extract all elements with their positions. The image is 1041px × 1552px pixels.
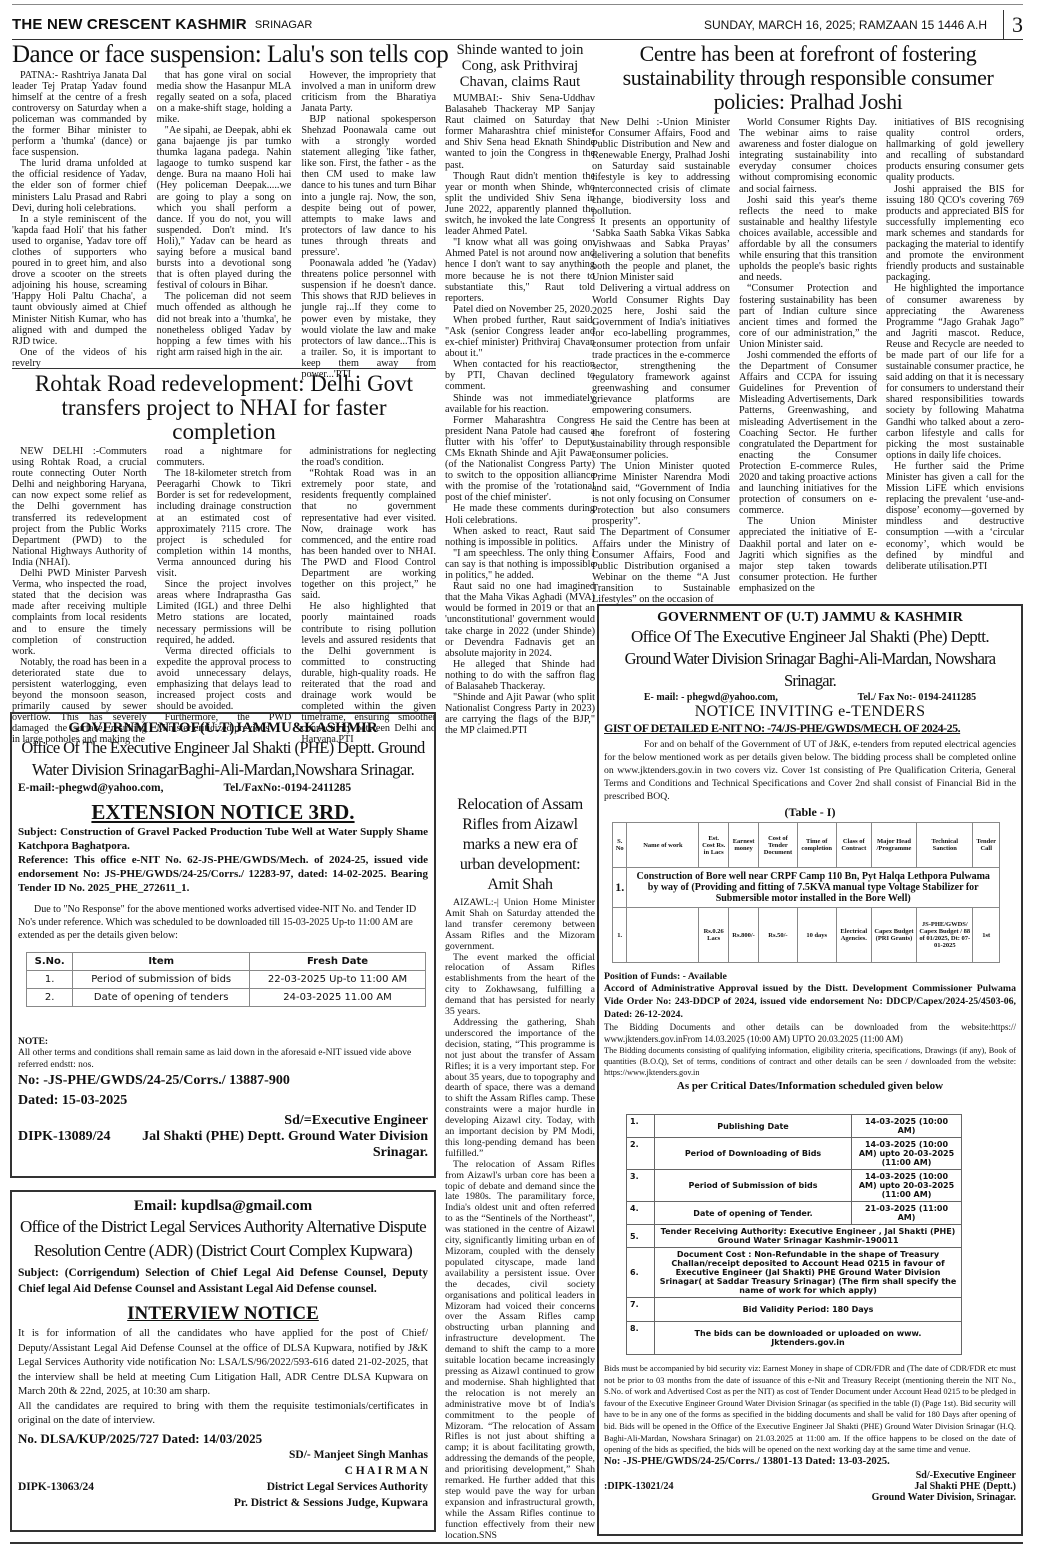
paragraph: Verma directed officials to expedite the… bbox=[157, 646, 292, 713]
paragraph: "Shinde and Ajit Pawar (who split Nation… bbox=[445, 692, 595, 736]
cell: 6. bbox=[627, 1248, 655, 1298]
paragraph: When contacted for his reaction by PTI, … bbox=[445, 359, 595, 392]
table-row: 8.The bids can be downloaded or uploaded… bbox=[627, 1322, 962, 1355]
headline: Centre has been at forefront of fosterin… bbox=[592, 42, 1024, 114]
ad-intro: For and on behalf of the Government of U… bbox=[604, 738, 1016, 803]
paragraph: When asked to react, Raut said nothing i… bbox=[445, 526, 595, 548]
column-3: However, the impropriety that involved a… bbox=[301, 70, 436, 381]
col-header: Class of Contract bbox=[836, 823, 871, 868]
column-2: that has gone viral on social media show… bbox=[157, 70, 292, 381]
ad-title: EXTENSION NOTICE 3RD. bbox=[18, 800, 428, 825]
paragraph: He further said the Prime Minister has g… bbox=[886, 461, 1024, 572]
ad-reference: Reference: This office e-NIT No. 62-JS-P… bbox=[18, 853, 428, 895]
table-row: 2. Date of opening of tenders 24-03-2025… bbox=[27, 989, 426, 1007]
paragraph: He alleged that Shinde had nothing to do… bbox=[445, 659, 595, 692]
ad-office: Office of the District Legal Services Au… bbox=[18, 1215, 428, 1263]
cell: 3. bbox=[627, 1170, 655, 1202]
paragraph: It presents an opportunity of ‘Sabka Saa… bbox=[592, 217, 730, 284]
paragraph: The Union Minister appreciated the initi… bbox=[739, 516, 877, 594]
paragraph: Joshi commended the efforts of the Depar… bbox=[739, 350, 877, 516]
headline: Dance or face suspension: Lalu's son tel… bbox=[12, 42, 436, 68]
article-body: AIZAWL:-| Union Home Minister Amit Shah … bbox=[445, 898, 595, 1541]
headline: Rohtak Road redevelopment: Delhi Govt tr… bbox=[12, 372, 436, 444]
ad-sign-dept: Jal Shakti (PHE) Deptt. Ground Water Div… bbox=[142, 1129, 428, 1145]
ad-sign-title: C H A I R M A N bbox=[18, 1463, 428, 1479]
ad-sign: Sd/-Executive Engineer bbox=[604, 1470, 1016, 1481]
paragraph: “Rohtak Road was in an extremely poor st… bbox=[301, 468, 436, 601]
col-header: Technical Sanction bbox=[917, 823, 973, 868]
paragraph: The Department of Consumer Affairs under… bbox=[592, 527, 730, 605]
cell: The bids can be downloaded or uploaded o… bbox=[655, 1322, 962, 1355]
ad-body: Due to "No Response" for the above menti… bbox=[18, 903, 428, 942]
cell: Rs.800/- bbox=[728, 908, 758, 963]
note-label: NOTE: bbox=[18, 1037, 428, 1047]
paragraph: Joshi said this year's theme reflects th… bbox=[739, 195, 877, 284]
cell: 2. bbox=[27, 989, 73, 1007]
table-row: 7.Bid Validity Period: 180 Days bbox=[627, 1298, 962, 1322]
article-assam: Relocation of Assam Rifles from Aizawl m… bbox=[445, 795, 595, 1541]
ad-sign-row: :DIPK-13021/24 Jal Shakti PHE (Deptt.) bbox=[604, 1481, 1016, 1492]
paragraph: NEW DELHI :-Commuters using Rohtak Road,… bbox=[12, 446, 147, 568]
paragraph: Former Maharashtra Congress president Na… bbox=[445, 415, 595, 504]
cell: Period of Submission of bids bbox=[655, 1170, 852, 1202]
headline: Shinde wanted to join Cong, ask Prithvir… bbox=[445, 42, 595, 90]
cell: Period of Downloading of Bids bbox=[655, 1138, 852, 1170]
column-3: initiatives of BIS recognising quality c… bbox=[886, 117, 1024, 605]
cell: 14-03-2025 (10:00 AM) bbox=[852, 1115, 962, 1138]
work-name: Construction of Bore well near CRPF Camp… bbox=[627, 868, 1000, 908]
ad-sign-division: Ground Water Division, Srinagar. bbox=[604, 1492, 1016, 1503]
cell: 5. bbox=[627, 1225, 655, 1248]
table-title: (Table - I) bbox=[604, 805, 1016, 820]
col-header: Earnest money bbox=[728, 823, 758, 868]
paragraph: Joshi appraised the BIS for issuing 180 … bbox=[886, 184, 1024, 284]
ad-sign-row: DIPK-13089/24 Jal Shakti (PHE) Deptt. Gr… bbox=[18, 1129, 428, 1145]
column-2: road a nightmare for commuters. The 18-k… bbox=[157, 446, 292, 746]
table-row: 1. Construction of Bore well near CRPF C… bbox=[613, 868, 1000, 908]
paragraph: Poonawala added 'he (Yadav) threatens po… bbox=[301, 258, 436, 380]
page-number: 3 bbox=[1003, 10, 1023, 40]
ad-tel: Tel./FaxNo:-0194-2411285 bbox=[224, 782, 352, 794]
table-row: 4.Date of opening of Tender.21-03-2025 (… bbox=[627, 1202, 962, 1225]
column-1: NEW DELHI :-Commuters using Rohtak Road,… bbox=[12, 446, 147, 746]
paragraph: administrations for neglecting the road'… bbox=[301, 446, 436, 468]
paragraph: initiatives of BIS recognising quality c… bbox=[886, 117, 1024, 184]
table-row: 1.Publishing Date14-03-2025 (10:00 AM) bbox=[627, 1115, 962, 1138]
ad-number: No: -JS-PHE/GWDS/24-25/Corrs./ 13887-900 bbox=[18, 1073, 428, 1089]
headline: Relocation of Assam Rifles from Aizawl m… bbox=[445, 795, 595, 895]
ad-email: Email: kupdlsa@gmail.com bbox=[18, 1198, 428, 1215]
newspaper-city: SRINAGAR bbox=[255, 19, 312, 31]
cell: Electrical Agencies. bbox=[836, 908, 871, 963]
extension-table: S.No. Item Fresh Date 1. Period of submi… bbox=[26, 952, 426, 1007]
col-header: Item bbox=[73, 953, 250, 971]
paragraph: Raut said no one had imagined that the M… bbox=[445, 581, 595, 659]
col-header: Cost of Tender Document bbox=[759, 823, 798, 868]
column-3: administrations for neglecting the road'… bbox=[301, 446, 436, 746]
article-body: New Delhi :-Union Minister for Consumer … bbox=[592, 117, 1024, 605]
docs-info: The Bidding documents consisting of qual… bbox=[604, 1045, 1016, 1078]
paragraph: One of the videos of his revelry bbox=[12, 347, 147, 369]
paragraph: Since the project involves areas where I… bbox=[157, 579, 292, 646]
ad-subject: Subject: Construction of Gravel Packed P… bbox=[18, 825, 428, 853]
ad-title: INTERVIEW NOTICE bbox=[18, 1303, 428, 1325]
paragraph: Delhi PWD Minister Parvesh Verma, who in… bbox=[12, 568, 147, 657]
paragraph: In a style reminiscent of the 'kapda faa… bbox=[12, 214, 147, 347]
paragraph: New Delhi :-Union Minister for Consumer … bbox=[592, 117, 730, 217]
paragraph: The relocation of Assam Rifles from Aiza… bbox=[445, 1160, 595, 1542]
column-2: World Consumer Rights Day. The webinar a… bbox=[739, 117, 877, 605]
col-header: Major Head /Programme bbox=[871, 823, 916, 868]
article-shinde: Shinde wanted to join Cong, ask Prithvir… bbox=[445, 42, 595, 736]
article-lalu: Dance or face suspension: Lalu's son tel… bbox=[12, 42, 436, 380]
table-row: 6.Document Cost : Non-Refundable in the … bbox=[627, 1248, 962, 1298]
ad-office: Office Of The Executive Engineer Jal Sha… bbox=[604, 626, 1016, 648]
paragraph: However, the impropriety that involved a… bbox=[301, 70, 436, 114]
work-table: S. No Name of work Est. Cost Rs. in Lacs… bbox=[612, 822, 1000, 963]
col-header: Time of completion bbox=[797, 823, 836, 868]
paragraph: Shinde was not immediately available for… bbox=[445, 393, 595, 415]
cell: Rs.50/- bbox=[759, 908, 798, 963]
issue-date: SUNDAY, MARCH 16, 2025; RAMZAAN 15 1446 … bbox=[704, 18, 987, 32]
accord: Accord of Administrative Approval issued… bbox=[604, 982, 1016, 1021]
cell: 1st bbox=[973, 908, 1000, 963]
paragraph: The policeman did not seem much offended… bbox=[157, 291, 292, 358]
top-rule bbox=[12, 4, 1023, 5]
cell: Tender Receiving Authority: Executive En… bbox=[655, 1225, 962, 1248]
funds: Position of Funds: - Available bbox=[604, 971, 1016, 982]
cell: JS-PHE/GWDS/ Capex Budget / 88 of 01/202… bbox=[917, 908, 973, 963]
paragraph: MUMBAI:- Shiv Sena-Uddhav Balasaheb Thac… bbox=[445, 93, 595, 171]
table-row: 2.Period of Downloading of Bids14-03-202… bbox=[627, 1138, 962, 1170]
cell: 24-03-2025 11.00 AM bbox=[250, 989, 426, 1007]
ad-dated: Dated: 15-03-2025 bbox=[18, 1093, 428, 1109]
cell: Publishing Date bbox=[655, 1115, 852, 1138]
article-body: MUMBAI:- Shiv Sena-Uddhav Balasaheb Thac… bbox=[445, 93, 595, 736]
ad-contact: E-mail:-phegwd@yahoo.com, Tel./FaxNo:-01… bbox=[18, 782, 428, 794]
paragraph: Patel died on November 25, 2020. bbox=[445, 304, 595, 315]
paragraph: World Consumer Rights Day. The webinar a… bbox=[739, 117, 877, 195]
cell: Document Cost : Non-Refundable in the sh… bbox=[655, 1248, 962, 1298]
paragraph: BJP national spokesperson Shehzad Poonaw… bbox=[301, 114, 436, 258]
ad-email: E-mail:-phegwd@yahoo.com, bbox=[18, 782, 164, 794]
paragraph: He highlighted the importance of consume… bbox=[886, 283, 1024, 461]
cell: 21-03-2025 (11:00 AM) bbox=[852, 1202, 962, 1225]
cell: Period of submission of bids bbox=[73, 971, 250, 989]
cell: 22-03-2025 Up-to 11:00 AM bbox=[250, 971, 426, 989]
paragraph: "Ae sipahi, ae Deepak, abhi ek gana baja… bbox=[157, 125, 292, 291]
ad-subject: Subject: (Corrigendum) Selection of Chie… bbox=[18, 1265, 428, 1297]
cell: 1. bbox=[613, 868, 627, 908]
cell: 1. bbox=[613, 908, 627, 963]
cell bbox=[627, 908, 699, 963]
cell: Bid Validity Period: 180 Days bbox=[655, 1298, 962, 1322]
download-info: The Bidding Documents and other details … bbox=[604, 1021, 1016, 1045]
paragraph: The event marked the official relocation… bbox=[445, 953, 595, 1018]
col-header: S.No. bbox=[27, 953, 73, 971]
ad-contact: E- mail: - phegwd@yahoo.com, Tel./ Fax N… bbox=[604, 692, 1016, 703]
col-header: Tender Call bbox=[973, 823, 1000, 868]
article-body: PATNA:- Rashtriya Janata Dal leader Tej … bbox=[12, 70, 436, 381]
table-row: 3.Period of Submission of bids14-03-2025… bbox=[627, 1170, 962, 1202]
cell: Date of opening of Tender. bbox=[655, 1202, 852, 1225]
ad-sign: SD/- Manjeet Singh Manhas bbox=[18, 1447, 428, 1463]
paragraph: AIZAWL:-| Union Home Minister Amit Shah … bbox=[445, 898, 595, 953]
paragraph: The Union Minister quoted Prime Minister… bbox=[592, 461, 730, 528]
paragraph: He made these comments during Holi celeb… bbox=[445, 503, 595, 525]
dipk-number: DIPK-13063/24 bbox=[18, 1479, 94, 1495]
paragraph: Though Raut didn't mention the year or m… bbox=[445, 171, 595, 238]
ad-office-2: Ground Water Division Srinagar Baghi-Ali… bbox=[604, 648, 1016, 692]
ad-sign: Sd/=Executive Engineer bbox=[18, 1113, 428, 1129]
bottom-rule bbox=[10, 1542, 1023, 1544]
paragraph: The lurid drama unfolded at the official… bbox=[12, 158, 147, 213]
ad-sign-judge: Pr. District & Sessions Judge, Kupwara bbox=[18, 1495, 428, 1511]
paragraph: “Consumer Protection and fostering susta… bbox=[739, 283, 877, 350]
table-row: 1. Rs.0.26 Lacs Rs.800/- Rs.50/- 10 days… bbox=[613, 908, 1000, 963]
col-header: Est. Cost Rs. in Lacs bbox=[699, 823, 729, 868]
paragraph: PATNA:- Rashtriya Janata Dal leader Tej … bbox=[12, 70, 147, 159]
paragraph: that has gone viral on social media show… bbox=[157, 70, 292, 125]
col-header: Name of work bbox=[627, 823, 699, 868]
critical-dates-table: 1.Publishing Date14-03-2025 (10:00 AM) 2… bbox=[626, 1114, 962, 1355]
cell: 7. bbox=[627, 1298, 655, 1322]
ad-govt-title: GOVERNMENT OF (U.T) JAMMU & KASHMIR bbox=[604, 610, 1016, 626]
ad-tel: Tel./ Fax No:- 0194-2411285 bbox=[858, 692, 977, 703]
dipk-number: :DIPK-13021/24 bbox=[604, 1481, 673, 1492]
paragraph: The 18-kilometer stretch from Peeragarhi… bbox=[157, 468, 292, 579]
table-row: 1. Period of submission of bids 22-03-20… bbox=[27, 971, 426, 989]
cell: 1. bbox=[627, 1115, 655, 1138]
paragraph: "I know what all was going on. Ahmed Pat… bbox=[445, 237, 595, 304]
critical-title: As per Critical Dates/Information schedu… bbox=[604, 1080, 1016, 1092]
paragraph: Addressing the gathering, Shah underscor… bbox=[445, 1018, 595, 1160]
cell: 14-03-2025 (10:00 AM) upto 20-03-2025 (1… bbox=[852, 1170, 962, 1202]
cell: 1. bbox=[27, 971, 73, 989]
ad-title: NOTICE INVITING e-TENDERS bbox=[604, 703, 1016, 721]
ad-number: No. DLSA/KUP/2025/727 Dated: 14/03/2025 bbox=[18, 1431, 428, 1447]
newspaper-name: THE NEW CRESCENT KASHMIR bbox=[12, 16, 247, 33]
cell: 4. bbox=[627, 1202, 655, 1225]
cell: 2. bbox=[627, 1138, 655, 1170]
ad-number: No: -JS-PHE/GWDS/24-25/Corrs./ 13801-13 … bbox=[604, 1456, 1016, 1467]
ad-dlsa-interview: Email: kupdlsa@gmail.com Office of the D… bbox=[10, 1190, 436, 1532]
ad-sign-row: DIPK-13063/24 District Legal Services Au… bbox=[18, 1479, 428, 1495]
ad-body: It is for information of all the candida… bbox=[18, 1327, 428, 1400]
article-rohtak: Rohtak Road redevelopment: Delhi Govt tr… bbox=[12, 372, 436, 746]
masthead: THE NEW CRESCENT KASHMIR SRINAGAR SUNDAY… bbox=[12, 10, 1023, 40]
divider bbox=[12, 368, 436, 369]
ad-extension-notice: GOVERNMENTOF(U.T)JAMMU&KASHMIR Office Of… bbox=[10, 712, 436, 1178]
column-1: New Delhi :-Union Minister for Consumer … bbox=[592, 117, 730, 605]
ad-body-2: All the candidates are required to bring… bbox=[18, 1400, 428, 1429]
cell: Rs.0.26 Lacs bbox=[699, 908, 729, 963]
paragraph: road a nightmare for commuters. bbox=[157, 446, 292, 468]
ad-sign-authority: District Legal Services Authority bbox=[267, 1479, 428, 1495]
cell: Capex Budget (PRI Grants) bbox=[871, 908, 916, 963]
ad-email: E- mail: - phegwd@yahoo.com, bbox=[644, 692, 778, 703]
article-joshi: Centre has been at forefront of fosterin… bbox=[592, 42, 1024, 605]
col-header: Fresh Date bbox=[250, 953, 426, 971]
paragraph: "I am speechless. The only thing I can s… bbox=[445, 548, 595, 581]
cell: 14-03-2025 (10:00 AM) upto 20-03-2025 (1… bbox=[852, 1138, 962, 1170]
col-header: S. No bbox=[613, 823, 627, 868]
ad-gist: GIST OF DETAILED E-NIT NO: -74/JS-PHE/GW… bbox=[604, 721, 1016, 736]
ad-sign-city: Srinagar. bbox=[18, 1145, 428, 1161]
table-row: 5.Tender Receiving Authority: Executive … bbox=[627, 1225, 962, 1248]
paragraph: He said the Centre has been at the foref… bbox=[592, 417, 730, 461]
bid-security: Bids must be accompanied by bid security… bbox=[604, 1363, 1016, 1456]
cell: Date of opening of tenders bbox=[73, 989, 250, 1007]
paragraph: Delivering a virtual address on World Co… bbox=[592, 283, 730, 416]
cell: 8. bbox=[627, 1322, 655, 1355]
ad-e-tender: GOVERNMENT OF (U.T) JAMMU & KASHMIR Offi… bbox=[597, 604, 1023, 1536]
ad-office: Office Of The Executive Engineer Jal Sha… bbox=[18, 737, 428, 781]
article-body: NEW DELHI :-Commuters using Rohtak Road,… bbox=[12, 446, 436, 746]
column-1: PATNA:- Rashtriya Janata Dal leader Tej … bbox=[12, 70, 147, 381]
note-text: All other terms and conditions shall rem… bbox=[18, 1047, 428, 1071]
ad-sign-dept: Jal Shakti PHE (Deptt.) bbox=[914, 1481, 1016, 1492]
cell: 10 days bbox=[797, 908, 836, 963]
paragraph: When probed further, Raut said, "Ask (se… bbox=[445, 315, 595, 359]
ad-govt-title: GOVERNMENTOF(U.T)JAMMU&KASHMIR bbox=[18, 720, 428, 737]
dipk-number: DIPK-13089/24 bbox=[18, 1129, 111, 1145]
